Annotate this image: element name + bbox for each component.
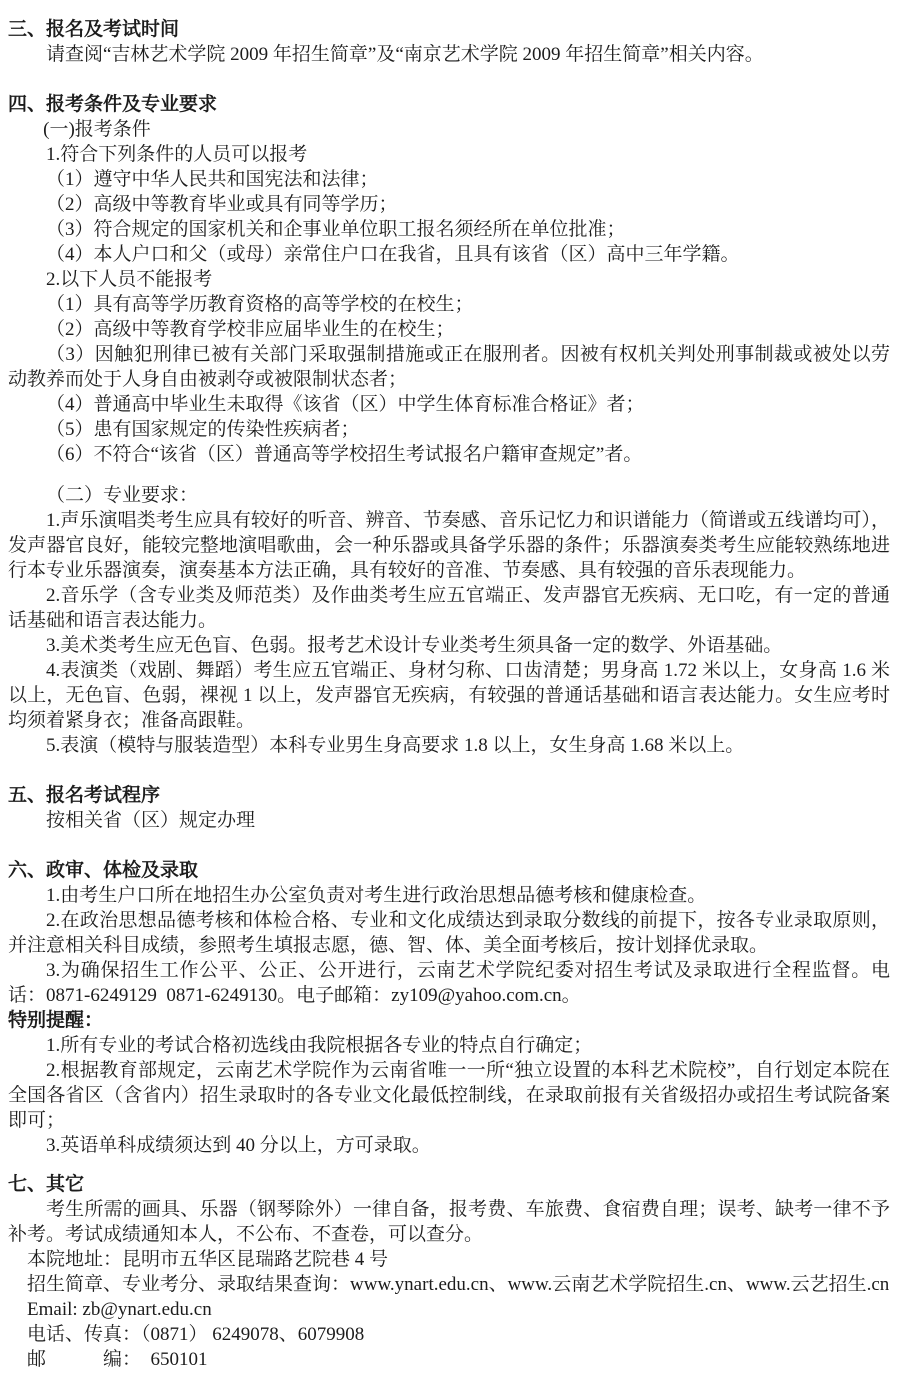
eligible-condition-item: （3）符合规定的国家机关和企事业单位职工报名须经所在单位批准； (8, 217, 890, 242)
contact-query-websites: 招生简章、专业考分、录取结果查询：www.ynart.edu.cn、www.云南… (8, 1272, 890, 1297)
section-6-item: 2.在政治思想品德考核和体检合格、专业和文化成绩达到录取分数线的前提下，按各专业… (8, 908, 890, 958)
professional-requirement-item: 3.美术类考生应无色盲、色弱。报考艺术设计专业类考生须具备一定的数学、外语基础。 (8, 633, 890, 658)
section-6-item: 1.由考生户口所在地招生办公室负责对考生进行政治思想品德考核和健康检查。 (8, 883, 890, 908)
eligible-condition-item: （2）高级中等教育毕业或具有同等学历； (8, 192, 890, 217)
eligible-condition-item: （4）本人户口和父（或母）亲常住户口在我省，且具有该省（区）高中三年学籍。 (8, 242, 890, 267)
section-7-title: 七、其它 (8, 1172, 890, 1197)
professional-requirement-item: 4.表演类（戏剧、舞蹈）考生应五官端正、身材匀称、口齿清楚；男身高 1.72 米… (8, 658, 890, 733)
professional-requirement-item: 2.音乐学（含专业类及师范类）及作曲类考生应五官端正、发声器官无疾病、无口吃，有… (8, 583, 890, 633)
ineligible-condition-item: （2）高级中等教育学校非应届毕业生的在校生； (8, 317, 890, 342)
contact-email: Email: zb@ynart.edu.cn (8, 1297, 890, 1322)
ineligible-condition-item: （6）不符合“该省（区）普通高等学校招生考试报名户籍审查规定”者。 (8, 442, 890, 467)
ineligible-condition-item: （4）普通高中毕业生未取得《该省（区）中学生体育标准合格证》者； (8, 392, 890, 417)
eligible-condition-item: （1）遵守中华人民共和国宪法和法律； (8, 167, 890, 192)
section-4-part1-label: (一)报考条件 (8, 117, 890, 142)
section-5-paragraph: 按相关省（区）规定办理 (8, 808, 890, 833)
special-reminder-item: 3.英语单科成绩须达到 40 分以上，方可录取。 (8, 1133, 890, 1158)
professional-requirement-item: 5.表演（模特与服装造型）本科专业男生身高要求 1.8 以上，女生身高 1.68… (8, 733, 890, 758)
section-6-title: 六、政审、体检及录取 (8, 858, 890, 883)
contact-address: 本院地址：昆明市五华区昆瑞路艺院巷 4 号 (8, 1247, 890, 1272)
special-reminder-item: 1.所有专业的考试合格初选线由我院根据各专业的特点自行确定； (8, 1033, 890, 1058)
section-5-title: 五、报名考试程序 (8, 783, 890, 808)
section-3-title: 三、报名及考试时间 (8, 17, 890, 42)
ineligible-condition-item: （1）具有高等学历教育资格的高等学校的在校生； (8, 292, 890, 317)
section-7-paragraph: 考生所需的画具、乐器（钢琴除外）一律自备，报考费、车旅费、食宿费自理；误考、缺考… (8, 1197, 890, 1247)
section-4-title: 四、报考条件及专业要求 (8, 92, 890, 117)
ineligible-conditions-title: 2.以下人员不能报考 (8, 267, 890, 292)
section-6-item: 3.为确保招生工作公平、公正、公开进行，云南艺术学院纪委对招生考试及录取进行全程… (8, 958, 890, 1008)
contact-phone-fax: 电话、传真：（0871） 6249078、6079908 (8, 1322, 890, 1347)
contact-postcode: 邮 编： 650101 (8, 1347, 890, 1372)
ineligible-condition-item: （5）患有国家规定的传染性疾病者； (8, 417, 890, 442)
special-reminder-item: 2.根据教育部规定，云南艺术学院作为云南省唯一一所“独立设置的本科艺术院校”，自… (8, 1058, 890, 1133)
section-3-paragraph: 请查阅“吉林艺术学院 2009 年招生简章”及“南京艺术学院 2009 年招生简… (8, 42, 890, 67)
professional-requirement-item: 1.声乐演唱类考生应具有较好的听音、辨音、节奏感、音乐记忆力和识谱能力（简谱或五… (8, 508, 890, 583)
eligible-conditions-title: 1.符合下列条件的人员可以报考 (8, 142, 890, 167)
special-reminder-title: 特别提醒： (8, 1008, 890, 1033)
document-page: 三、报名及考试时间 请查阅“吉林艺术学院 2009 年招生简章”及“南京艺术学院… (0, 0, 898, 1382)
section-4-part2-label: （二）专业要求： (8, 483, 890, 508)
ineligible-condition-item: （3）因触犯刑律已被有关部门采取强制措施或正在服刑者。因被有权机关判处刑事制裁或… (8, 342, 890, 392)
